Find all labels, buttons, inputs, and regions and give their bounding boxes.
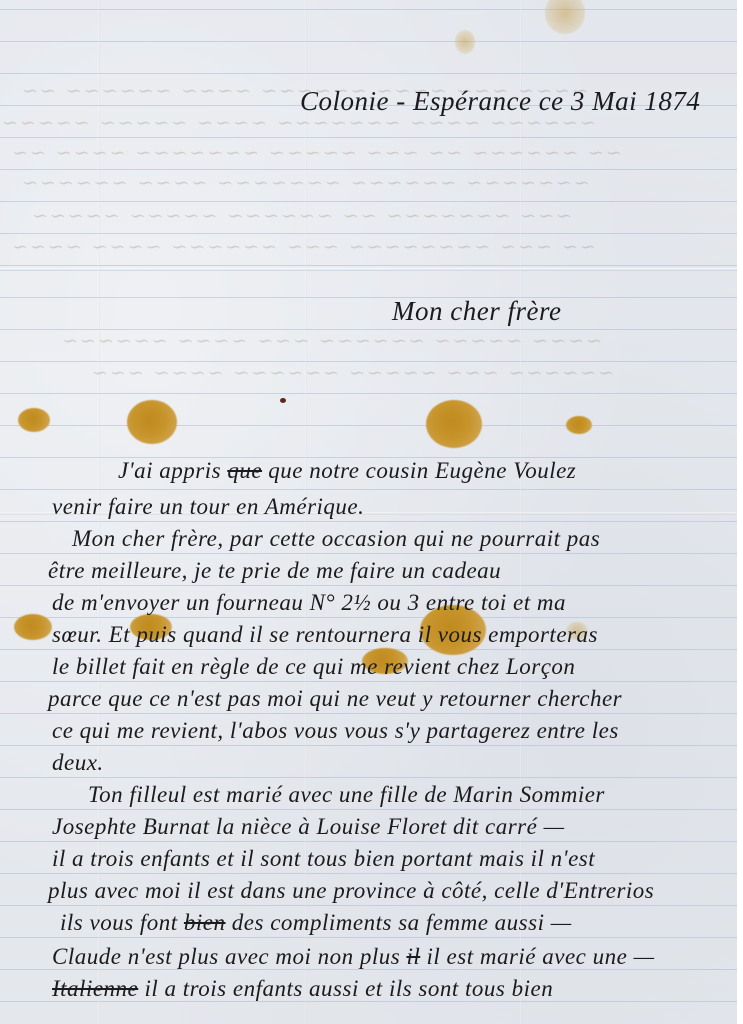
letter-line: ce qui me revient, l'abos vous vous s'y … [52, 718, 619, 744]
letter-dateline: Colonie - Espérance ce 3 Mai 1874 [300, 86, 700, 117]
stain [18, 408, 50, 432]
bleed-through-text: ~~~~ ~~~~~ ~~~~~~ ~~~ ~~~~ ~~~~~~ [58, 330, 605, 352]
line-text: il est marié avec une — [420, 944, 654, 969]
struck-word: bien [184, 910, 226, 935]
letter-line: parce que ce n'est pas moi qui ne veut y… [48, 686, 622, 712]
stain [426, 400, 482, 448]
letter-page: ~~~~ ~~~ ~~~~ ~~~~~~ ~~~~ ~~~~~~ ~~ ~~~~… [0, 0, 737, 1024]
letter-line: venir faire un tour en Amérique. [52, 494, 364, 520]
line-text: que notre cousin Eugène Voulez [262, 458, 576, 483]
letter-line: il a trois enfants et il sont tous bien … [52, 846, 595, 872]
struck-word: que [227, 458, 262, 483]
bleed-through-text: ~~ ~~~ ~~~~~~~~ ~~~ ~~~~~~ ~~~~ ~~~~ [8, 236, 599, 258]
letter-line: deux. [52, 750, 104, 776]
struck-word: il [406, 944, 420, 969]
letter-line: Ton filleul est marié avec une fille de … [88, 782, 605, 808]
letter-salutation: Mon cher frère [392, 296, 561, 327]
stain [455, 30, 475, 54]
letter-line: le billet fait en règle de ce qui me rev… [52, 654, 575, 680]
letter-line: Italienne il a trois enfants aussi et il… [52, 976, 553, 1002]
letter-line: Claude n'est plus avec moi non plus il i… [52, 944, 655, 970]
line-text: il a trois enfants aussi et ils sont tou… [138, 976, 553, 1001]
letter-line: sœur. Et puis quand il se rentournera il… [52, 622, 598, 648]
bleed-through-text: ~~~~~~ ~~~ ~~~~~ ~~~~~~ ~~~~ ~~~ [88, 362, 617, 384]
letter-line: être meilleure, je te prie de me faire u… [48, 558, 501, 584]
letter-line: Mon cher frère, par cette occasion qui n… [72, 526, 600, 552]
letter-line: ils vous font bien des compliments sa fe… [60, 910, 572, 936]
fold-crease-horizontal [0, 268, 737, 271]
line-text: Claude n'est plus avec moi non plus [52, 944, 406, 969]
bleed-through-text: ~~~~~~~ ~~~~~~ ~~~~~~~ ~~~~ ~~~~~~ [18, 172, 592, 194]
letter-line: de m'envoyer un fourneau N° 2½ ou 3 entr… [52, 590, 566, 616]
letter-line: J'ai appris que que notre cousin Eugène … [118, 458, 576, 484]
bleed-through-text: ~~~ ~~~~~~~ ~~ ~~~~~~ ~~~~~ ~~~~~ [28, 205, 575, 227]
line-text: ils vous font [60, 910, 184, 935]
line-text: J'ai appris [118, 458, 227, 483]
stain [127, 400, 177, 444]
letter-line: Josephte Burnat la nièce à Louise Floret… [52, 814, 565, 840]
struck-word: Italienne [52, 976, 138, 1001]
stain [566, 416, 592, 434]
letter-line: plus avec moi il est dans une province à… [48, 878, 654, 904]
stain [14, 614, 52, 640]
line-text: des compliments sa femme aussi — [226, 910, 572, 935]
ink-speck [280, 398, 286, 403]
bleed-through-text: ~~ ~~~~~~ ~~ ~~~ ~~~~~ ~~~~~~~ ~~~~ ~~ [8, 142, 624, 164]
